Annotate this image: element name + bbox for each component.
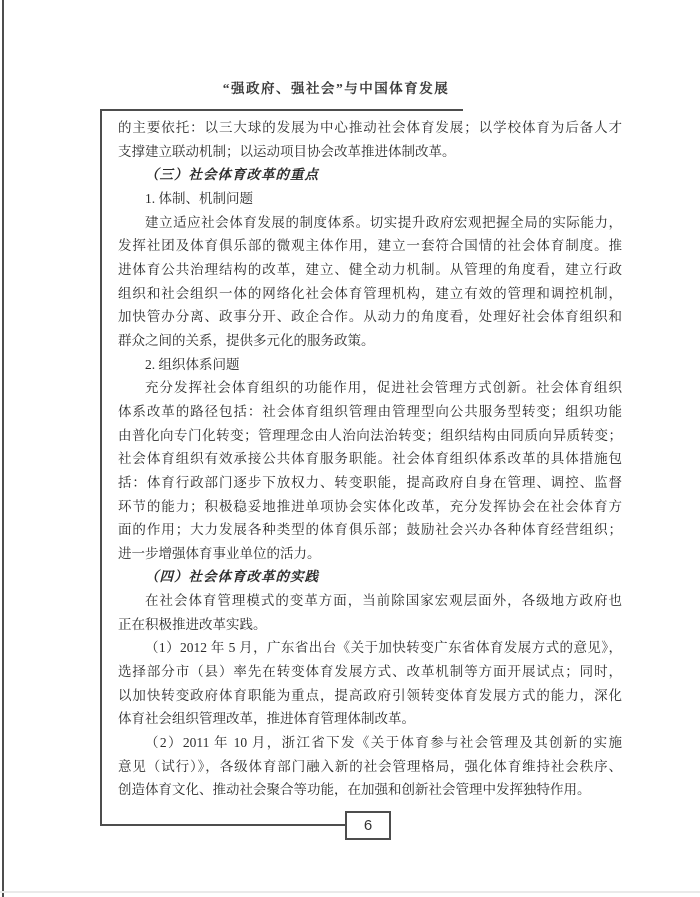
- page-number: 6: [364, 817, 372, 834]
- text-line: 组织和社会组织一体的网络化社会体育管理机构，建立有效的管理和调控机制，: [118, 282, 622, 306]
- frame-bottom-border: [100, 824, 346, 826]
- text-line: 正在积极推进改革实践。: [118, 613, 622, 637]
- text-line: 环节的能力；积极稳妥地推进单项协会实体化改革，充分发挥协会在社会体育方: [118, 495, 622, 519]
- text-line: 体系改革的路径包括：社会体育组织管理由管理型向公共服务型转变；组织功能: [118, 400, 622, 424]
- text-line: 支撑建立联动机制；以运动项目协会改革推进体制改革。: [118, 140, 622, 164]
- section-heading: （四）社会体育改革的实践: [118, 565, 622, 589]
- frame-left-border: [100, 109, 102, 826]
- text-line: 以加快转变政府体育职能为重点，提高政府引领转变体育发展方式的能力，深化: [118, 684, 622, 708]
- text-line: （1）2012 年 5 月，广东省出台《关于加快转变广东省体育发展方式的意见》，: [118, 636, 622, 660]
- text-line: 创造体育文化、推动社会聚合等功能，在加强和创新社会管理中发挥独特作用。: [118, 778, 622, 802]
- text-line: 的主要依托：以三大球的发展为中心推动社会体育发展；以学校体育为后备人才: [118, 116, 622, 140]
- text-line: 进一步增强体育事业单位的活力。: [118, 542, 622, 566]
- text-line: 体育社会组织管理改革，推进体育管理体制改革。: [118, 707, 622, 731]
- text-line: 群众之间的关系，提供多元化的服务政策。: [118, 329, 622, 353]
- scan-edge-left: [2, 0, 4, 897]
- running-head-title: “强政府、强社会”与中国体育发展: [223, 81, 450, 96]
- frame-top-border: [100, 109, 463, 111]
- text-line: 由普化向专门化转变；管理理念由人治向法治转变；组织结构由同质向异质转变；: [118, 424, 622, 448]
- text-line: 社会体育组织有效承接公共体育服务职能。社会体育组织体系改革的具体措施包: [118, 447, 622, 471]
- document-page: “强政府、强社会”与中国体育发展 的主要依托：以三大球的发展为中心推动社会体育发…: [0, 0, 700, 897]
- text-line: 进体育公共治理结构的改革，建立、健全动力机制。从管理的角度看，建立行政: [118, 258, 622, 282]
- text-line: 面的作用；大力发展各种类型的体育俱乐部；鼓励社会兴办各种体育经营组织；: [118, 518, 622, 542]
- running-head: “强政府、强社会”与中国体育发展: [0, 77, 672, 97]
- text-line: 在社会体育管理模式的变革方面，当前除国家宏观层面外，各级地方政府也: [118, 589, 622, 613]
- body-text-block: 的主要依托：以三大球的发展为中心推动社会体育发展；以学校体育为后备人才支撑建立联…: [118, 116, 622, 802]
- text-line: 意见（试行）》，各级体育部门融入新的社会管理格局，强化体育维持社会秩序、: [118, 755, 622, 779]
- text-line: 选择部分市（县）率先在转变体育发展方式、改革机制等方面开展试点；同时，: [118, 660, 622, 684]
- text-line: 2. 组织体系问题: [118, 353, 622, 377]
- text-line: 1. 体制、机制问题: [118, 187, 622, 211]
- text-line: 建立适应社会体育发展的制度体系。切实提升政府宏观把握全局的实际能力，: [118, 211, 622, 235]
- scan-edge-bottom: [0, 891, 700, 893]
- text-line: 发挥社团及体育俱乐部的微观主体作用，建立一套符合国情的社会体育制度。推: [118, 234, 622, 258]
- text-line: 加快管办分离、政事分开、政企合作。从动力的角度看，处理好社会体育组织和: [118, 305, 622, 329]
- text-line: （2）2011 年 10 月，浙江省下发《关于体育参与社会管理及其创新的实施: [118, 731, 622, 755]
- text-line: 括：体育行政部门逐步下放权力、转变职能，提高政府自身在管理、调控、监督: [118, 471, 622, 495]
- text-line: 充分发挥社会体育组织的功能作用，促进社会管理方式创新。社会体育组织: [118, 376, 622, 400]
- page-number-box: 6: [345, 811, 391, 840]
- section-heading: （三）社会体育改革的重点: [118, 163, 622, 187]
